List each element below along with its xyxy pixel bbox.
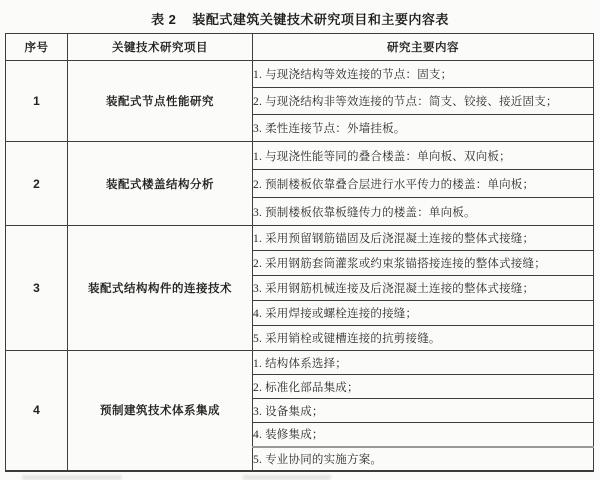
content-cell: 1. 与现浇结构等效连接的节点：固支； [253,61,594,88]
document-page: 表 2装配式建筑关键技术研究项目和主要内容表 序号 关键技术研究项目 研究主要内… [0,0,600,480]
content-cell: 2. 预制楼板依靠叠合层进行水平传力的楼盖：单向板； [253,170,594,198]
table-caption-text: 装配式建筑关键技术研究项目和主要内容表 [192,12,449,27]
table-caption: 表 2装配式建筑关键技术研究项目和主要内容表 [0,9,600,28]
row-number-cell: 4 [6,351,68,471]
column-header-content: 研究主要内容 [253,34,594,61]
table-header-row: 序号 关键技术研究项目 研究主要内容 [6,34,594,61]
research-projects-table: 序号 关键技术研究项目 研究主要内容 1 装配式节点性能研究 1. 与现浇结构等… [5,33,594,472]
content-cell: 1. 结构体系选择； [253,351,594,375]
content-cell: 3. 预制楼板依靠板缝传力的楼盖：单向板。 [253,198,594,226]
content-cell: 1. 采用预留钢筋锚固及后浇混凝土连接的整体式接缝； [253,226,594,251]
content-cell: 4. 装修集成； [253,423,594,447]
content-cell: 3. 采用钢筋机械连接及后浇混凝土连接的整体式接缝； [253,276,594,301]
table-caption-label: 表 2 [151,12,176,27]
content-cell: 2. 标准化部品集成； [253,375,594,399]
column-header-project: 关键技术研究项目 [68,34,253,61]
row-number-cell: 1 [6,61,68,142]
project-cell: 装配式楼盖结构分析 [68,142,253,226]
row-number-cell: 3 [6,226,68,351]
content-cell: 2. 与现浇结构非等效连接的节点：简支、铰接、接近固支； [253,88,594,115]
project-cell: 装配式结构构件的连接技术 [68,226,253,351]
project-cell: 装配式节点性能研究 [68,61,253,142]
table-row: 3 装配式结构构件的连接技术 1. 采用预留钢筋锚固及后浇混凝土连接的整体式接缝… [6,226,594,251]
content-cell: 3. 设备集成； [253,399,594,423]
scan-artifact [22,475,122,480]
content-cell: 3. 柔性连接节点：外墙挂板。 [253,115,594,142]
row-number-cell: 2 [6,142,68,226]
content-cell: 5. 采用销栓或键槽连接的抗剪接缝。 [253,326,594,351]
content-cell: 2. 采用钢筋套筒灌浆或约束浆锚搭接连接的整体式接缝； [253,251,594,276]
project-cell: 预制建筑技术体系集成 [68,351,253,471]
scan-artifact [243,475,331,480]
content-cell: 4. 采用焊接或螺栓连接的接缝； [253,301,594,326]
content-cell: 5. 专业协同的实施方案。 [253,447,594,471]
table-row: 4 预制建筑技术体系集成 1. 结构体系选择； [6,351,594,375]
table-row: 1 装配式节点性能研究 1. 与现浇结构等效连接的节点：固支； [6,61,594,88]
content-cell: 1. 与现浇性能等同的叠合楼盖：单向板、双向板； [253,142,594,170]
column-header-no: 序号 [6,34,68,61]
table-row: 2 装配式楼盖结构分析 1. 与现浇性能等同的叠合楼盖：单向板、双向板； [6,142,594,170]
